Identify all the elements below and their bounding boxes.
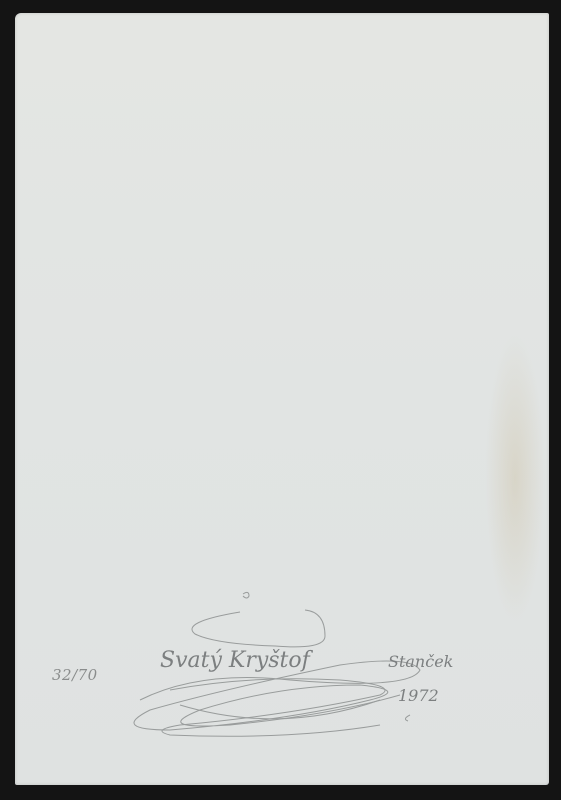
artwork-year: 1972 xyxy=(398,686,439,705)
artwork-title: Svatý Kryštof xyxy=(160,648,310,673)
edition-number: 32/70 xyxy=(52,666,98,684)
artist-signature: Stanček xyxy=(388,652,453,671)
